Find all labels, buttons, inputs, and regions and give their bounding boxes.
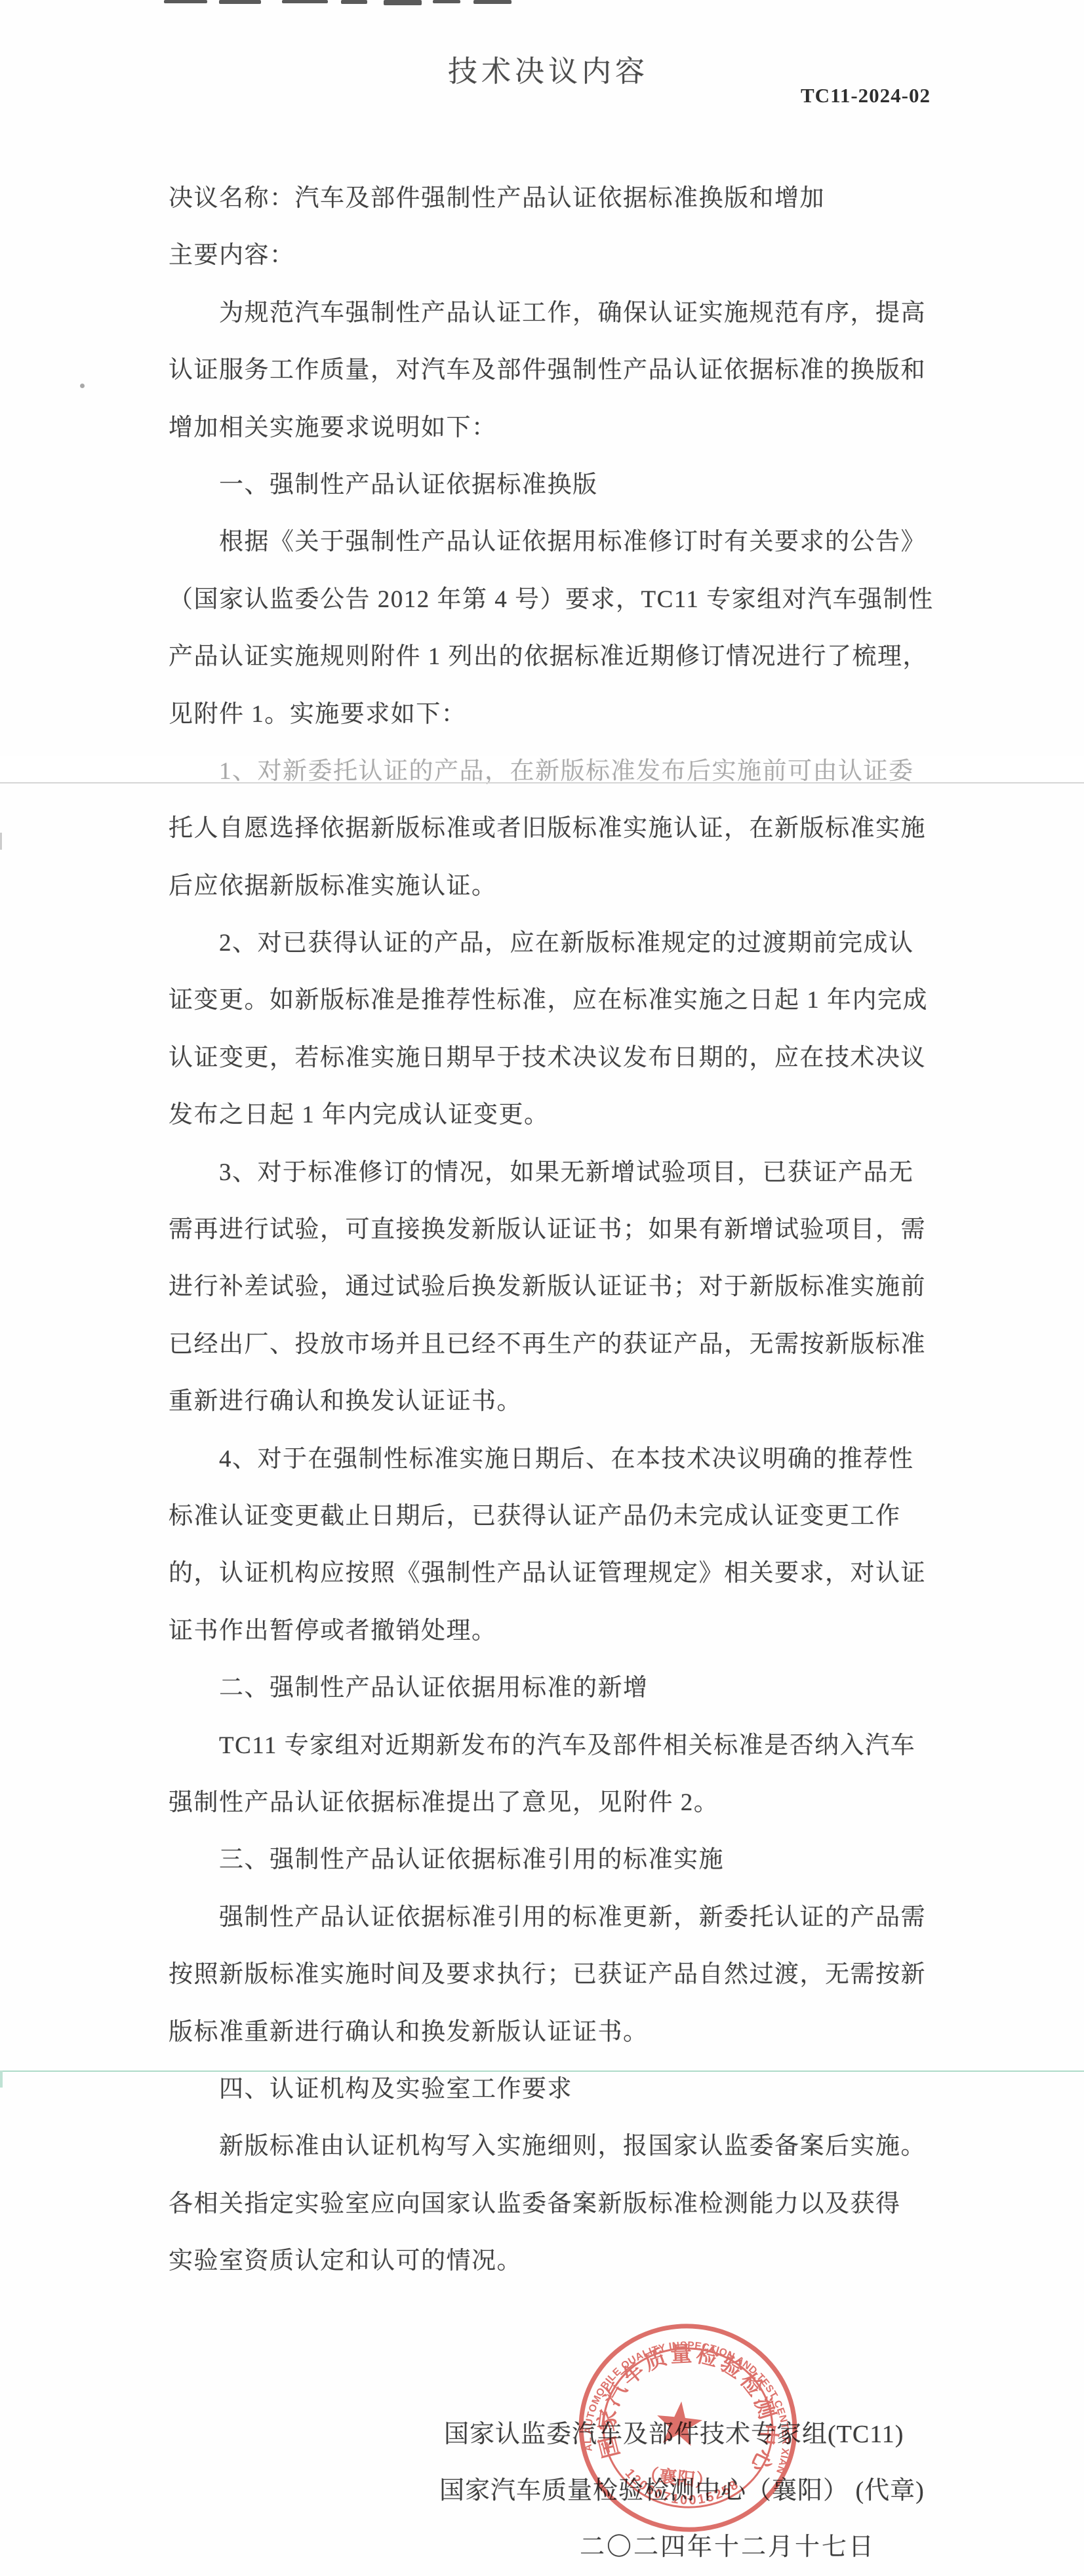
scan-artifact [80, 384, 85, 388]
scan-artifact [282, 0, 328, 3]
doc-line: 为规范汽车强制性产品认证工作，确保认证实施规范有序，提高 [169, 285, 929, 342]
official-seal-stamp: NATIONAL AUTOMOBILE QUALITY INSPECTION A… [574, 2320, 802, 2536]
doc-line: 后应依据新版标准实施认证。 [169, 858, 929, 915]
doc-line: 强制性产品认证依据标准提出了意见，见附件 2。 [169, 1774, 929, 1831]
scan-artifact [0, 833, 2, 850]
scan-artifact [473, 0, 512, 4]
scan-artifact [341, 0, 367, 4]
doc-line: 托人自愿选择依据新版标准或者旧版标准实施认证，在新版标准实施 [169, 800, 929, 857]
scan-seam-edge [0, 2071, 3, 2088]
doc-line: 各相关指定实验室应向国家认监委备案新版标准检测能力以及获得 [169, 2175, 929, 2232]
doc-line: 证变更。如新版标准是推荐性标准，应在标准实施之日起 1 年内完成 [169, 972, 929, 1029]
doc-line: 重新进行确认和换发认证证书。 [169, 1373, 929, 1430]
doc-line: 证书作出暂停或者撤销处理。 [169, 1602, 929, 1659]
doc-line: 见附件 1。实施要求如下： [169, 686, 929, 743]
document-body: 决议名称：汽车及部件强制性产品认证依据标准换版和增加主要内容：为规范汽车强制性产… [169, 170, 929, 2289]
scan-artifact [219, 0, 261, 4]
doc-line: 版标准重新进行确认和换发新版认证证书。 [169, 2004, 929, 2061]
doc-line: 强制性产品认证依据标准引用的标准更新，新委托认证的产品需 [169, 1889, 929, 1946]
scan-artifact [384, 0, 422, 5]
doc-line: 根据《关于强制性产品认证依据用标准修订时有关要求的公告》 [169, 513, 929, 570]
doc-line: 增加相关实施要求说明如下： [169, 399, 929, 456]
doc-line: 已经出厂、投放市场并且已经不再生产的获证产品，无需按新版标准 [169, 1316, 929, 1373]
scan-artifact [164, 0, 207, 3]
doc-line: （国家认监委公告 2012 年第 4 号）要求，TC11 专家组对汽车强制性 [169, 571, 929, 628]
doc-line: 决议名称：汽车及部件强制性产品认证依据标准换版和增加 [169, 170, 929, 227]
doc-line: 标准认证变更截止日期后，已获得认证产品仍未完成认证变更工作 [169, 1488, 929, 1545]
doc-line: 3、对于标准修订的情况，如果无新增试验项目，已获证产品无 [169, 1144, 929, 1201]
seal-star-icon [654, 2399, 704, 2447]
doc-line: 按照新版标准实施时间及要求执行；已获证产品自然过渡，无需按新 [169, 1946, 929, 2003]
doc-line: 一、强制性产品认证依据标准换版 [169, 456, 929, 513]
doc-line: 实验室资质认定和认可的情况。 [169, 2232, 929, 2289]
scan-artifact [433, 0, 460, 3]
doc-line: 需再进行试验，可直接换发新版认证证书；如果有新增试验项目，需 [169, 1201, 929, 1258]
doc-line: 三、强制性产品认证依据标准引用的标准实施 [169, 1831, 929, 1888]
doc-line: 主要内容： [169, 227, 929, 284]
scan-seam-line [0, 2071, 1084, 2072]
doc-line: 认证服务工作质量，对汽车及部件强制性产品认证依据标准的换版和 [169, 342, 929, 399]
doc-line: TC11 专家组对近期新发布的汽车及部件相关标准是否纳入汽车 [169, 1717, 929, 1774]
scan-seam-line [0, 782, 1084, 783]
doc-line: 二、强制性产品认证依据用标准的新增 [169, 1659, 929, 1716]
doc-line: 发布之日起 1 年内完成认证变更。 [169, 1086, 929, 1143]
doc-line: 的，认证机构应按照《强制性产品认证管理规定》相关要求，对认证 [169, 1545, 929, 1602]
doc-line: 新版标准由认证机构写入实施细则，报国家认监委备案后实施。 [169, 2118, 929, 2175]
doc-line: 认证变更，若标准实施日期早于技术决议发布日期的，应在技术决议 [169, 1029, 929, 1086]
doc-line: 进行补差试验，通过试验后换发新版认证证书；对于新版标准实施前 [169, 1258, 929, 1315]
doc-line: 2、对已获得认证的产品，应在新版标准规定的过渡期前完成认 [169, 915, 929, 972]
doc-number: TC11-2024-02 [801, 84, 931, 108]
doc-line: 四、认证机构及实验室工作要求 [169, 2061, 929, 2118]
doc-line: 产品认证实施规则附件 1 列出的依据标准近期修订情况进行了梳理， [169, 628, 929, 685]
doc-line: 4、对于在强制性标准实施日期后、在本技术决议明确的推荐性 [169, 1431, 929, 1488]
document-page: 技术决议内容 TC11-2024-02 决议名称：汽车及部件强制性产品认证依据标… [0, 0, 1084, 2576]
